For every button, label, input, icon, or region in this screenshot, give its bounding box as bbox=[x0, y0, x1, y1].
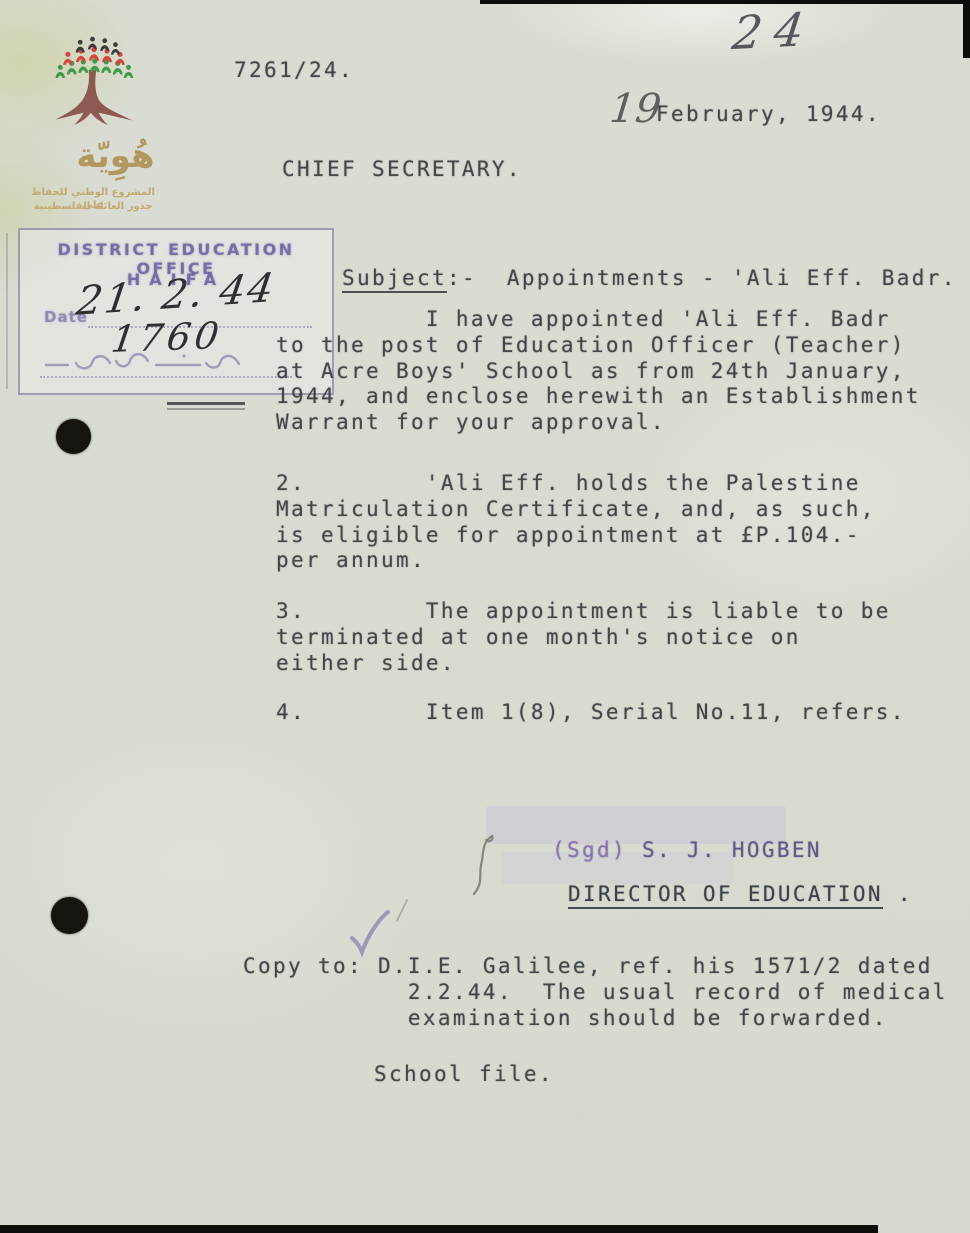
checkmark-icon bbox=[346, 908, 392, 958]
scan-edge-right bbox=[963, 0, 970, 58]
paragraph-1: I have appointed 'Ali Eff. Badr to the p… bbox=[276, 307, 921, 436]
arabic-signature-scribble bbox=[34, 346, 246, 382]
reference-number: 7261/24. bbox=[234, 58, 354, 84]
logo-arabic-title: هُوِيّة bbox=[28, 136, 203, 176]
tree-of-people-icon bbox=[48, 36, 140, 132]
pencil-stray-mark bbox=[394, 898, 410, 924]
scanned-letter-page: هُوِيّة المشروع الوطني للحفاظ على جذور ا… bbox=[0, 0, 970, 1233]
punch-hole-top bbox=[56, 419, 91, 454]
archive-logo: هُوِيّة المشروع الوطني للحفاظ على جذور ا… bbox=[28, 36, 208, 226]
folio-number-handwritten: 24 bbox=[729, 2, 819, 60]
scan-edge-bottom bbox=[0, 1225, 878, 1233]
date-day-handwritten: 19 bbox=[608, 86, 664, 132]
subject-text: Appointments - 'Ali Eff. Badr. bbox=[477, 266, 957, 290]
scan-edge-top bbox=[480, 0, 970, 4]
stamp-ghost-edge bbox=[6, 233, 8, 389]
blank-underline-mark bbox=[167, 402, 245, 410]
punch-hole-bottom bbox=[51, 897, 88, 934]
paragraph-4: 4. Item 1(8), Serial No.11, refers. bbox=[276, 700, 906, 726]
date-typed: February, 1944. bbox=[656, 102, 881, 128]
recipient-line: CHIEF SECRETARY. bbox=[282, 157, 522, 183]
subject-label: Subject bbox=[342, 266, 447, 293]
pencil-bracket-mark bbox=[468, 832, 498, 898]
school-file-line: School file. bbox=[374, 1062, 554, 1088]
director-title: DIRECTOR OF EDUCATION bbox=[568, 882, 883, 909]
copy-to-block: Copy to: D.I.E. Galilee, ref. his 1571/2… bbox=[243, 954, 948, 1031]
subject-separator: :- bbox=[447, 266, 477, 290]
subject-line: Subject:- Appointments - 'Ali Eff. Badr. bbox=[282, 240, 957, 317]
director-period: . bbox=[883, 882, 913, 906]
paragraph-2: 2. 'Ali Eff. holds the Palestine Matricu… bbox=[276, 471, 876, 574]
signature-title-line: DIRECTOR OF EDUCATION . bbox=[508, 856, 913, 933]
paragraph-3: 3. The appointment is liable to be termi… bbox=[276, 599, 891, 676]
logo-arabic-subtitle-2: جذور العائلة الفلسطينية bbox=[28, 200, 158, 213]
